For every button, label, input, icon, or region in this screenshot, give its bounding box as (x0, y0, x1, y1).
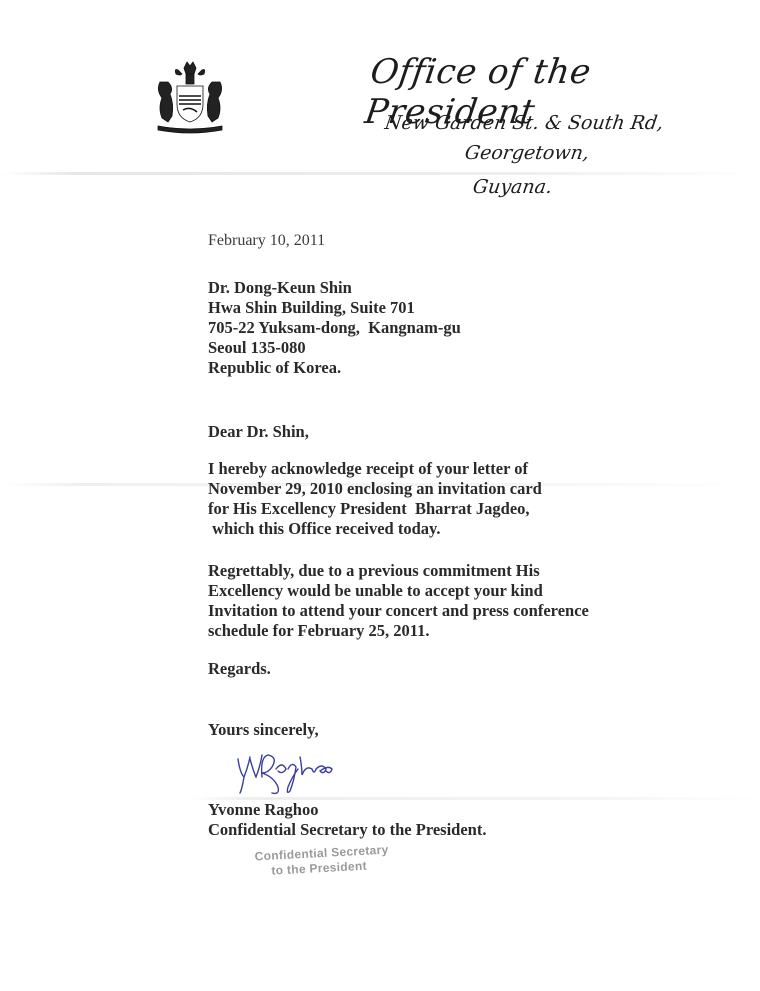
signatory-title: Confidential Secretary to the President. (208, 820, 486, 840)
official-stamp: Confidential Secretary to the President (254, 843, 389, 880)
paragraph-line: schedule for February 25, 2011. (208, 621, 589, 641)
letterhead-country: Guyana. (471, 176, 553, 198)
coat-of-arms-icon (150, 60, 230, 135)
paragraph-line: November 29, 2010 enclosing an invitatio… (208, 479, 542, 499)
recipient-city: Seoul 135-080 (208, 338, 461, 358)
paragraph-line: Regrettably, due to a previous commitmen… (208, 561, 589, 581)
signatory-name: Yvonne Raghoo (208, 800, 318, 820)
salutation: Dear Dr. Shin, (208, 422, 309, 442)
paragraph-line: I hereby acknowledge receipt of your let… (208, 459, 542, 479)
paragraph-line: for His Excellency President Bharrat Jag… (208, 499, 542, 519)
paragraph-line: Excellency would be unable to accept you… (208, 581, 589, 601)
body-paragraph-1: I hereby acknowledge receipt of your let… (208, 459, 542, 539)
recipient-country: Republic of Korea. (208, 358, 461, 378)
letter-page: Office of the President New Garden St. &… (0, 0, 760, 991)
letterhead-city: Georgetown, (463, 142, 590, 164)
letterhead-street: New Garden St. & South Rd, (383, 112, 664, 134)
recipient-building: Hwa Shin Building, Suite 701 (208, 298, 461, 318)
recipient-address: Dr. Dong-Keun Shin Hwa Shin Building, Su… (208, 278, 461, 378)
body-paragraph-2: Regrettably, due to a previous commitmen… (208, 561, 589, 641)
regards: Regards. (208, 659, 271, 679)
recipient-street: 705-22 Yuksam-dong, Kangnam-gu (208, 318, 461, 338)
paragraph-line: Invitation to attend your concert and pr… (208, 601, 589, 621)
closing: Yours sincerely, (208, 720, 319, 740)
paragraph-line: which this Office received today. (208, 519, 542, 539)
scan-artifact-line (0, 172, 760, 175)
recipient-name: Dr. Dong-Keun Shin (208, 278, 461, 298)
handwritten-signature-icon (232, 747, 342, 797)
letter-date: February 10, 2011 (208, 232, 325, 250)
